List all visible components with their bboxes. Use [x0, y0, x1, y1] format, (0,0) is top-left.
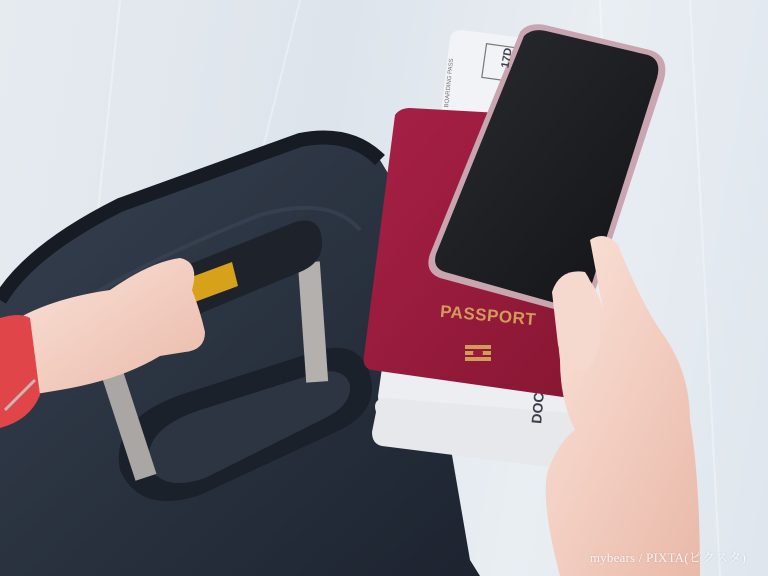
photo-scene: PASSPORT 17D BOARDING PASS DOC mybears /…	[0, 0, 768, 576]
right-hand	[546, 236, 700, 576]
ticket-doc-text: DOC	[528, 392, 547, 424]
scene-graphic	[0, 0, 768, 576]
watermark: mybears / PIXTA(ピクスタ)	[590, 547, 746, 566]
